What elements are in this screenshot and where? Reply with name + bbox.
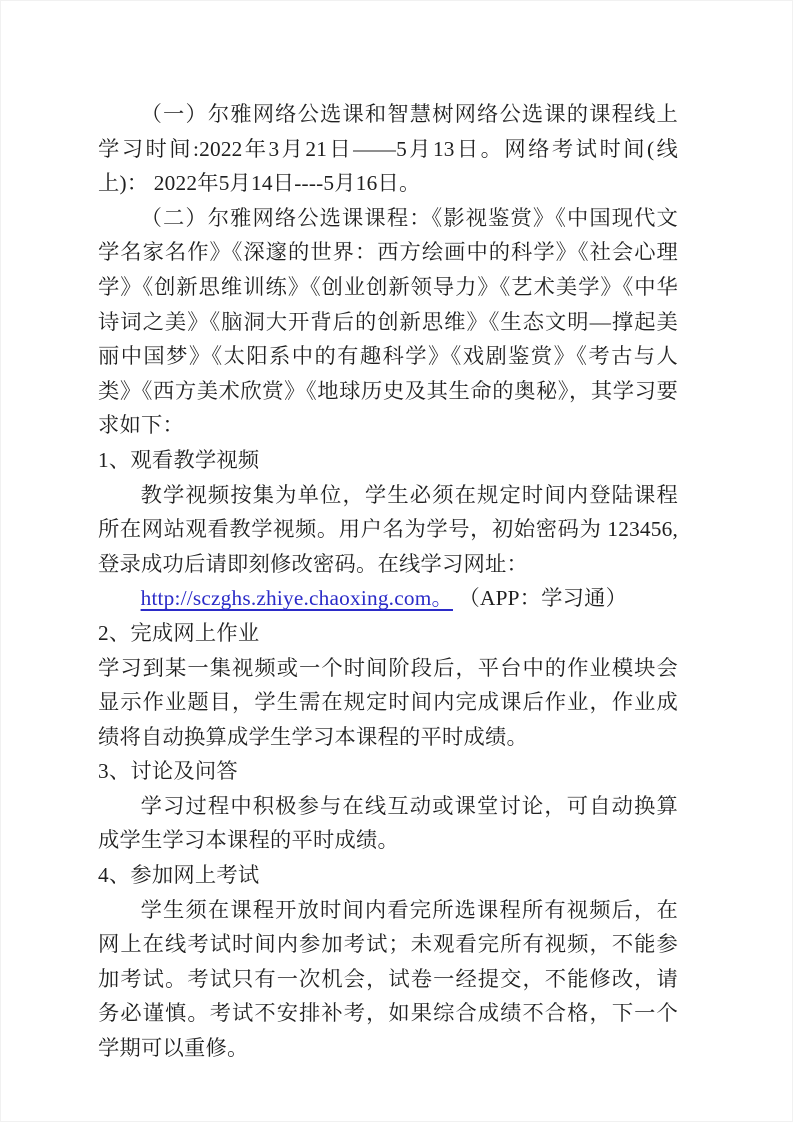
course-site-link[interactable]: http://sczghs.zhiye.chaoxing.com。 [141,586,453,610]
heading-homework: 2、完成网上作业 [98,616,678,651]
document-page: （一）尔雅网络公选课和智慧树网络公选课的课程线上学习时间:2022年3月21日—… [0,0,793,1122]
para-discussion-detail: 学习过程中积极参与在线互动或课堂讨论，可自动换算成学生学习本课程的平时成绩。 [98,789,678,858]
para-course-list: （二）尔雅网络公选课课程：《影视鉴赏》《中国现代文学名家名作》《深邃的世界：西方… [98,201,678,443]
app-note-label: （APP：学习通） [459,586,628,610]
heading-watch-videos: 1、观看教学视频 [98,443,678,478]
heading-exam: 4、参加网上考试 [98,858,678,893]
para-homework-detail: 学习到某一集视频或一个时间阶段后，平台中的作业模块会显示作业题目，学生需在规定时… [98,651,678,755]
para-watch-videos-detail: 教学视频按集为单位，学生必须在规定时间内登陆课程所在网站观看教学视频。用户名为学… [98,478,678,582]
para-exam-detail: 学生须在课程开放时间内看完所选课程所有视频后，在网上在线考试时间内参加考试；未观… [98,893,678,1066]
para-online-url: http://sczghs.zhiye.chaoxing.com。 （APP：学… [98,581,678,616]
para-study-time: （一）尔雅网络公选课和智慧树网络公选课的课程线上学习时间:2022年3月21日—… [98,97,678,201]
document-body: （一）尔雅网络公选课和智慧树网络公选课的课程线上学习时间:2022年3月21日—… [98,97,678,1066]
heading-discussion: 3、讨论及问答 [98,754,678,789]
